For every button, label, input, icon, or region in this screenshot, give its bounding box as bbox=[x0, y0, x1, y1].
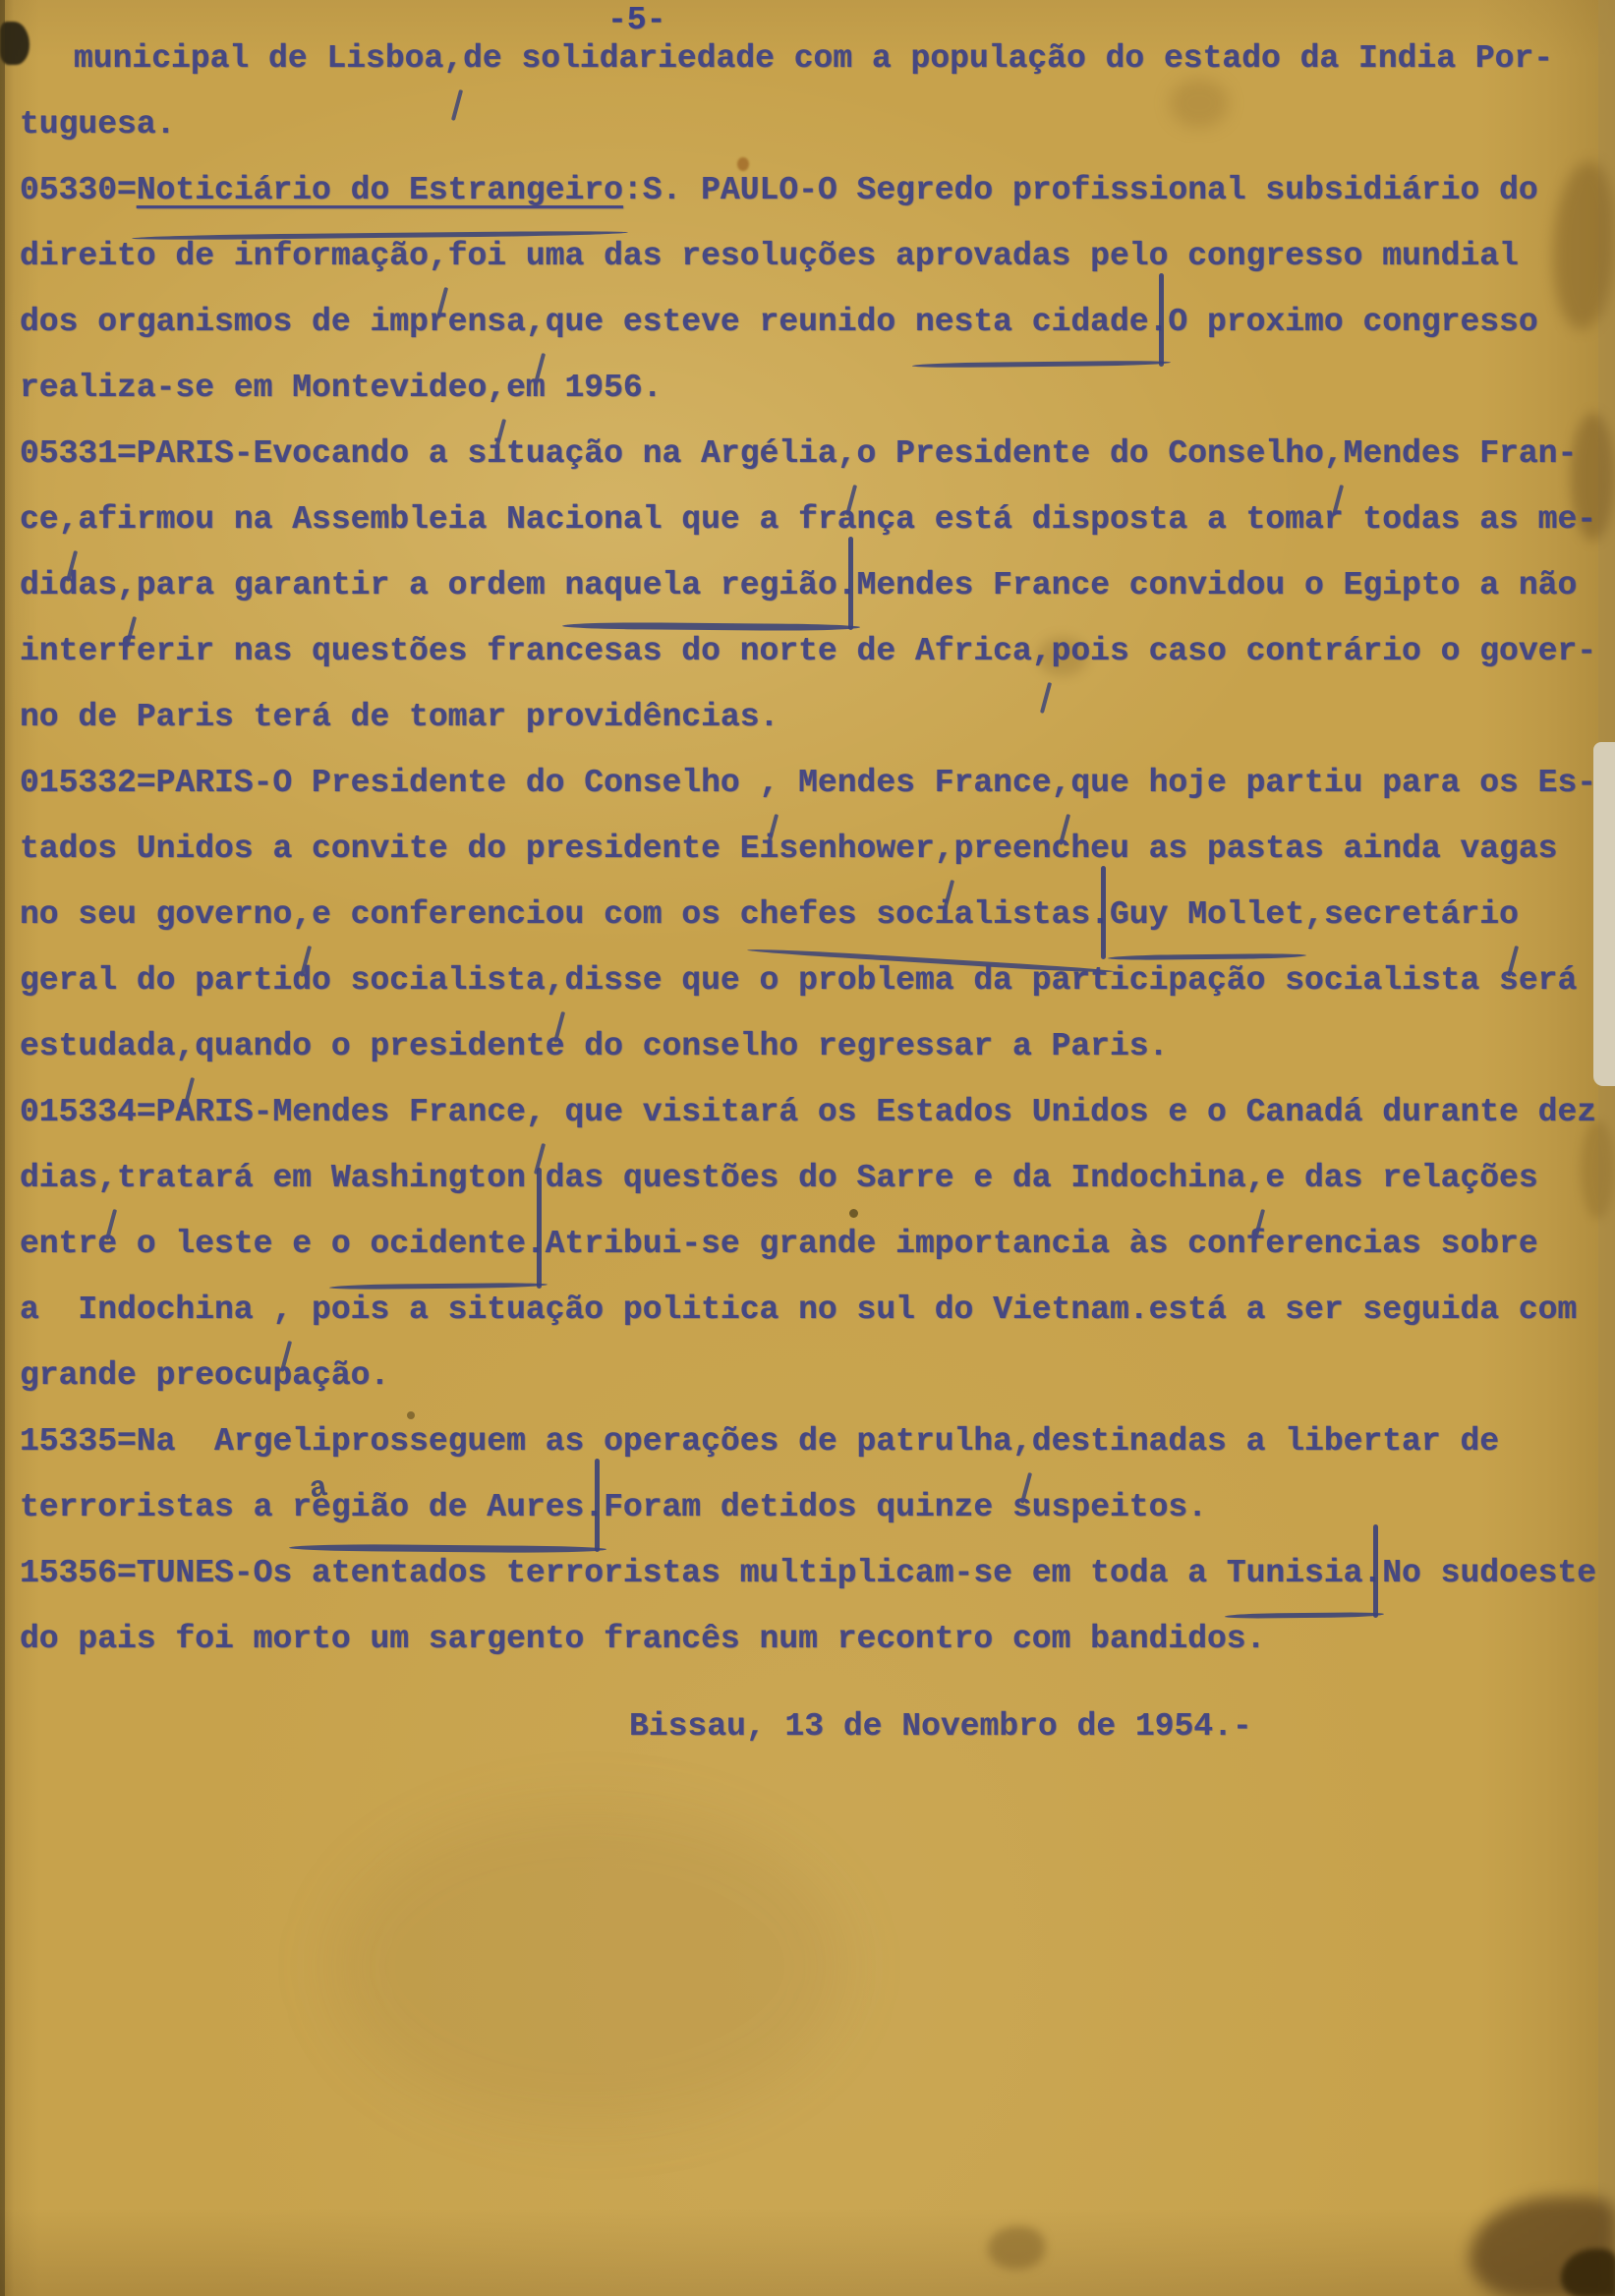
annotated-text-segment: Foram detidos quinze suspeitos. bbox=[604, 1474, 1207, 1540]
annotated-text-segment: prosseguem as operações de patrulha, bbox=[331, 1408, 1032, 1474]
text-line: 015332=PARIS-O Presidente do Conselho , … bbox=[20, 750, 1615, 816]
text-segment: grande preocupação. bbox=[20, 1343, 389, 1408]
text-line: direito de informação,foi uma das resolu… bbox=[20, 223, 1615, 289]
annotated-text-segment: ,secretário bbox=[1304, 882, 1519, 947]
annotated-text-segment: No sudoeste bbox=[1382, 1540, 1596, 1606]
text-segment: para garantir a ordem bbox=[137, 552, 565, 618]
text-line: estudada,quando o presidente do conselho… bbox=[20, 1013, 1615, 1079]
text-segment: :S. PAULO-O Segredo profissional subsidi… bbox=[623, 157, 1538, 223]
text-line: 015334=PARIS-Mendes France, que visitará… bbox=[20, 1079, 1615, 1145]
annotated-text-segment: o ocidente. bbox=[331, 1211, 546, 1277]
annotated-text-segment: estudada, bbox=[20, 1013, 195, 1079]
text-segment: tuguesa. bbox=[20, 91, 175, 157]
text-line: grande preocupação. bbox=[20, 1343, 1615, 1408]
text-line: tuguesa. bbox=[20, 91, 1615, 157]
annotated-text-segment: a Indochina , bbox=[20, 1277, 292, 1343]
annotated-text-segment: geral do partido socialista, bbox=[20, 947, 565, 1013]
text-line: dias,tratará em Washington das questões … bbox=[20, 1145, 1615, 1211]
text-segment: quando o presidente do conselho regressa… bbox=[195, 1013, 1168, 1079]
text-segment: que hoje partiu para os Es- bbox=[1070, 750, 1596, 816]
annotated-text-segment: Atribui-se grande importancia às confere… bbox=[546, 1211, 1538, 1277]
annotated-text-segment: tratará em Washington das questões do Sa… bbox=[117, 1145, 1265, 1211]
annotated-text-segment: realiza-se em Montevideo, bbox=[20, 355, 506, 421]
text-segment: pois caso contrário o gover- bbox=[1052, 618, 1597, 684]
annotated-text-segment: Guy Mollet bbox=[1110, 882, 1304, 947]
text-segment: no de Paris terá de tomar providências. bbox=[20, 684, 779, 750]
text-segment: Mendes Fran- bbox=[1344, 421, 1578, 487]
left-edge-shadow bbox=[0, 0, 5, 2296]
annotated-text-segment: nesta cidade. bbox=[915, 289, 1168, 355]
annotated-text-segment: região de Aures. bbox=[292, 1474, 604, 1540]
annotated-text-segment: direito de informação, bbox=[20, 223, 448, 289]
text-line: 05331=PARIS-Evocando a situação na Argél… bbox=[20, 421, 1615, 487]
text-line: geral do partido socialista,disse que o … bbox=[20, 947, 1615, 1013]
document-lines: municipal de Lisboa,de solidariedade com… bbox=[20, 26, 1615, 1672]
text-line: a Indochina , pois a situação politica n… bbox=[20, 1277, 1615, 1343]
text-line: municipal de Lisboa,de solidariedade com… bbox=[20, 26, 1615, 91]
text-segment: de solidariedade com a população do esta… bbox=[463, 26, 1553, 91]
text-segment: disse que o problema da participação soc… bbox=[565, 947, 1578, 1013]
text-line: ce,afirmou na Assembleia Nacional que a … bbox=[20, 487, 1615, 552]
annotated-text-segment: Mendes France, bbox=[779, 750, 1070, 816]
annotated-text-segment: dias, bbox=[20, 1145, 117, 1211]
text-line: didas,para garantir a ordem naquela regi… bbox=[20, 552, 1615, 618]
annotated-text-segment: 015332=PARIS-O Presidente do Conselho , bbox=[20, 750, 779, 816]
text-line: entre o leste e o ocidente.Atribui-se gr… bbox=[20, 1211, 1615, 1277]
annotated-text-segment: 015334=PARIS-Mendes France, bbox=[20, 1079, 546, 1145]
annotated-text-segment: o Presidente do Conselho, bbox=[857, 421, 1344, 487]
text-line: no de Paris terá de tomar providências. bbox=[20, 684, 1615, 750]
annotated-text-segment: Noticiário do Estrangeiro bbox=[137, 157, 623, 223]
annotated-text-segment: dos organismos de imprensa, bbox=[20, 289, 546, 355]
annotated-text-segment: municipal de Lisboa, bbox=[74, 26, 463, 91]
dateline: Bissau, 13 de Novembro de 1954.- bbox=[629, 1708, 1252, 1745]
text-segment: que esteve reunido bbox=[546, 289, 915, 355]
corner-stain bbox=[1470, 2197, 1615, 2296]
annotated-text-segment: Mendes France convidou o Egipto a não bbox=[857, 552, 1578, 618]
annotated-text-segment: O proximo congresso bbox=[1168, 289, 1537, 355]
text-line: 15356=TUNES-Os atentados terroristas mul… bbox=[20, 1540, 1615, 1606]
annotated-text-segment: didas, bbox=[20, 552, 137, 618]
text-segment: foi uma das resoluções aprovadas pelo co… bbox=[448, 223, 1519, 289]
text-segment: 05330= bbox=[20, 157, 137, 223]
text-segment: 15335=Na Argel bbox=[20, 1408, 312, 1474]
text-segment: 15356=TUNES-Os atentados terroristas mul… bbox=[20, 1540, 1227, 1606]
text-segment: pois a situação politica no sul do Vietn… bbox=[292, 1277, 1577, 1343]
annotated-text-segment: no seu governo, bbox=[20, 882, 312, 947]
text-line: no seu governo,e conferenciou com os che… bbox=[20, 882, 1615, 947]
text-line: 15335=Na Argeliprosseguem as operações d… bbox=[20, 1408, 1615, 1474]
paper-stain bbox=[988, 2226, 1045, 2269]
text-segment: preencheu as pastas ainda vagas bbox=[954, 816, 1558, 882]
text-line: tados Unidos a convite do presidente Eis… bbox=[20, 816, 1615, 882]
annotated-text-segment: i bbox=[312, 1408, 331, 1474]
paper-mottle bbox=[334, 1808, 845, 2123]
text-segment: em 1956. bbox=[506, 355, 662, 421]
annotated-text-segment: naquela região. bbox=[565, 552, 857, 618]
annotated-text-segment: e conferenciou com os chefes socialistas… bbox=[312, 882, 1110, 947]
annotated-text-segment: tados Unidos a convite do presidente Eis… bbox=[20, 816, 954, 882]
text-line: interferir nas questões francesas do nor… bbox=[20, 618, 1615, 684]
annotated-text-segment: Tunisia. bbox=[1227, 1540, 1382, 1606]
text-segment: destinadas a libertar de bbox=[1032, 1408, 1499, 1474]
text-segment: terroristas a bbox=[20, 1474, 292, 1540]
text-segment: afirmou na Assembleia Nacional que a fra… bbox=[78, 487, 1596, 552]
annotated-text-segment: 05331=PARIS-Evocando a situação na Argél… bbox=[20, 421, 857, 487]
scanned-document-page: { "page": { "number": "-5-", "dateline":… bbox=[0, 0, 1615, 2296]
corner-stain-dark bbox=[1561, 2249, 1615, 2296]
text-line: dos organismos de imprensa,que esteve re… bbox=[20, 289, 1615, 355]
annotated-text-segment: interferir nas questões francesas do nor… bbox=[20, 618, 1052, 684]
text-segment: entre o leste e bbox=[20, 1211, 331, 1277]
text-segment: do pais foi morto um sargento francês nu… bbox=[20, 1606, 1265, 1672]
text-segment: e das relações bbox=[1265, 1145, 1537, 1211]
text-line: 05330=Noticiário do Estrangeiro:S. PAULO… bbox=[20, 157, 1615, 223]
text-line: realiza-se em Montevideo,em 1956. bbox=[20, 355, 1615, 421]
text-segment: que visitará os Estados Unidos e o Canad… bbox=[546, 1079, 1596, 1145]
annotated-text-segment: ce, bbox=[20, 487, 78, 552]
